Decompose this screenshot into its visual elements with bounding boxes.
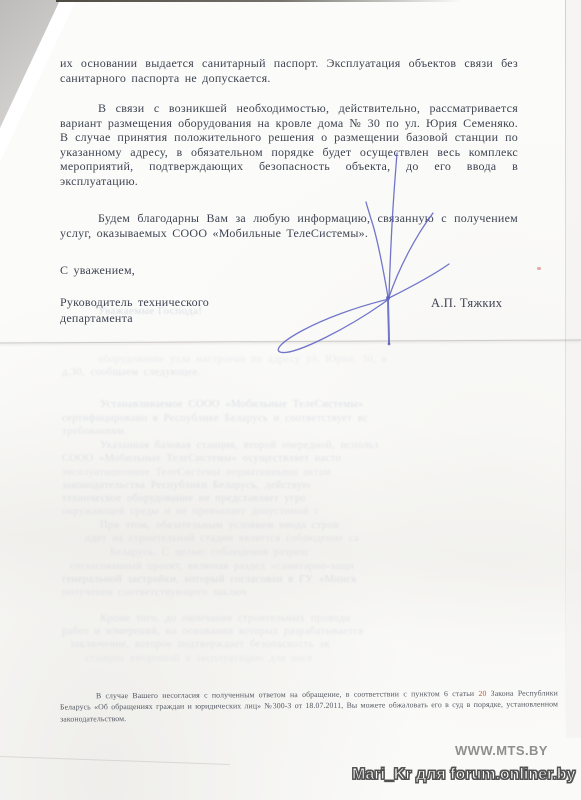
closing-line: С уважением, (60, 263, 518, 278)
bleedthrough-text-line: станции введенной в эксплуатацию для нас… (85, 652, 313, 665)
site-url: WWW.MTS.BY (455, 743, 548, 758)
bleedthrough-text-line: заключение, которое подтверждает безопас… (70, 638, 330, 651)
bleedthrough-text-line: Указанная базовая станция, второй очеред… (100, 439, 379, 452)
bleedthrough-text-line: требованиям. (62, 425, 127, 438)
paragraph: их основании выдается санитарный паспорт… (60, 56, 518, 85)
signer-title-line: департамента (60, 310, 518, 327)
bleedthrough-text-line: д.30, сообщаем следующее. (62, 366, 201, 379)
scanned-letter-page: Уважаемые Господа! оборудование узла нас… (0, 0, 581, 800)
footnote-highlight: 20 (478, 689, 486, 698)
scan-right-edge-line (565, 0, 566, 738)
letter-body: их основании выдается санитарный паспорт… (60, 56, 518, 327)
bleedthrough-text-line: согласованный проект, включая раздел «са… (70, 560, 354, 573)
bleedthrough-text-line: Кроме того, до окончания строительных пр… (100, 612, 350, 625)
forum-watermark: Mari_Kr для forum.onliner.by (352, 766, 581, 784)
bleedthrough-text-line: оборудование узла настроено по адресу ул… (98, 353, 387, 366)
bleedthrough-text-line: СООО «Мобильные ТелеСистемы» осуществляе… (62, 452, 341, 465)
bleedthrough-text-line: получения соответствующего заключ (62, 586, 247, 599)
bleedthrough-text-line: Беларусь. С целью соблюдения разреш (110, 546, 308, 559)
legal-footnote: В случае Вашего несогласия с полученным … (60, 687, 558, 724)
bleedthrough-text-line: эксплуатационное ТелеСистемы нормативным… (62, 466, 331, 479)
bleedthrough-text-line: При этом, обязательным условием ввода ст… (100, 519, 339, 532)
scan-right-edge-strip (566, 0, 581, 738)
bleedthrough-text-line: идет на строительной стадии является соб… (85, 532, 359, 545)
paragraph: В связи с возникшей необходимостью, дейс… (60, 101, 518, 188)
bleedthrough-text-line: Устанавливаемое СООО «Мобильные ТелеСист… (100, 398, 364, 411)
bleedthrough-text-line: окружающей среды и не превышает допустим… (62, 505, 319, 518)
fold-crease-line-bottom (0, 756, 230, 765)
signer-name: А.П. Тяжких (431, 296, 502, 311)
paragraph: Будем благодарны Вам за любую информацию… (60, 211, 518, 240)
bleedthrough-text-line: сертифицировано в Республике Беларусь и … (62, 412, 368, 425)
bleedthrough-text-line: генеральной застройки, который согласова… (62, 573, 357, 586)
fold-crease-line (0, 339, 581, 343)
bleedthrough-text-line: законодательства Республики Беларусь, де… (62, 479, 311, 492)
ink-speck (537, 267, 541, 270)
footnote-text: В случае Вашего несогласия с полученным … (96, 689, 479, 700)
scan-top-edge-line (56, 0, 462, 2)
bleedthrough-text-line: техническое оборудование не представляет… (62, 492, 306, 505)
bleedthrough-text-line: работ и измерений, на основании которых … (62, 625, 364, 638)
